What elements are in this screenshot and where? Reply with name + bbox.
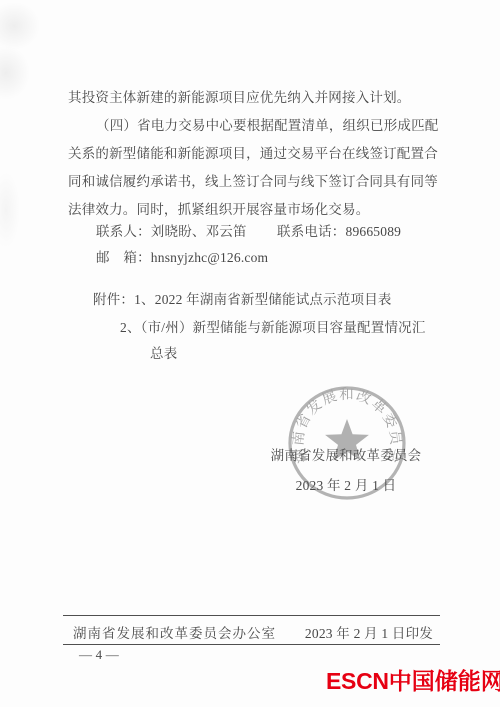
body-line: 同和诚信履约承诺书，线上签订合同与线下签订合同具有同等 xyxy=(68,174,438,189)
signature-issuer: 湖南省发展和改革委员会 xyxy=(262,444,430,464)
attachment-line-1: 附件：1、2022 年湖南省新型储能试点示范项目表 xyxy=(93,292,392,307)
attachment-line-2: 2、（市/州）新型储能与新能源项目容量配置情况汇 xyxy=(120,320,426,335)
footer-office: 湖南省发展和改革委员会办公室 xyxy=(73,626,276,641)
scan-smudge xyxy=(0,46,30,100)
attachment-line-3: 总表 xyxy=(150,346,177,361)
scan-smudge xyxy=(0,172,20,248)
body-line: 关系的新型储能和新能源项目，通过交易平台在线签订配置合 xyxy=(68,146,438,161)
footer-rule-bottom xyxy=(63,644,440,645)
contact-phone: 联系电话：89665089 xyxy=(277,224,401,239)
body-line: 其投资主体新建的新能源项目应优先纳入并网接入计划。 xyxy=(68,90,411,105)
escn-logo: ESCN中国储能网 xyxy=(326,668,500,694)
footer-print-date: 2023 年 2 月 1 日印发 xyxy=(305,626,433,641)
page-number: — 4 — xyxy=(79,647,119,662)
escn-logo-cjk: 中国储能网 xyxy=(389,668,500,694)
escn-logo-latin: ESCN xyxy=(326,668,389,694)
footer-rule-top xyxy=(63,615,440,616)
contact-email: 邮 箱：hnsnyjzhc@126.com xyxy=(96,250,268,265)
signature-date: 2023 年 2 月 1 日 xyxy=(262,474,430,494)
body-line: 法律效力。同时，抓紧组织开展容量市场化交易。 xyxy=(68,202,369,217)
body-line: （四）省电力交易中心要根据配置清单，组织已形成匹配 xyxy=(96,118,439,133)
contact-person: 联系人：刘晓盼、邓云笛 xyxy=(96,224,247,239)
document-page: 其投资主体新建的新能源项目应优先纳入并网接入计划。 （四）省电力交易中心要根据配… xyxy=(0,0,500,707)
signature-block: 湖南省发展和改革委员会 2023 年 2 月 1 日 xyxy=(262,444,430,494)
scan-smudge xyxy=(0,2,40,50)
